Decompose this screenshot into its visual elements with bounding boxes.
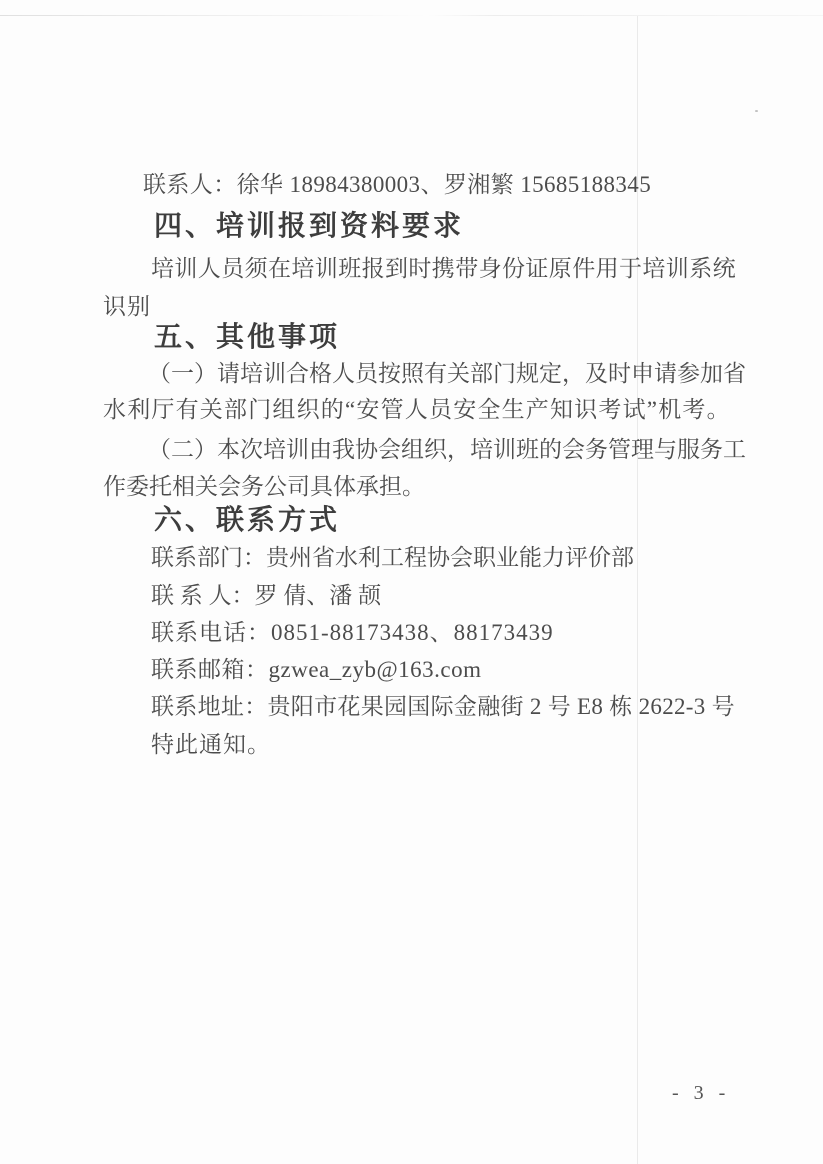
- section4-body-line2: 识别: [103, 294, 151, 320]
- section5-item2-line1: （二）本次培训由我协会组织，培训班的会务管理与服务工: [148, 437, 746, 463]
- section6-heading: 六、联系方式: [154, 506, 340, 534]
- section5-heading: 五、其他事项: [154, 323, 340, 351]
- contact-phone-line: 联系电话：0851-88173438、88173439: [151, 620, 554, 646]
- contact-email-line: 联系邮箱：gzwea_zyb@163.com: [151, 657, 481, 683]
- closing-line: 特此通知。: [151, 732, 271, 758]
- contact-intro-line: 联系人：徐华 18984380003、罗湘繁 15685188345: [143, 172, 651, 198]
- scanned-document-page: 联系人：徐华 18984380003、罗湘繁 15685188345 四、培训报…: [0, 0, 823, 1164]
- section4-body-line1: 培训人员须在培训班报到时携带身份证原件用于培训系统: [151, 256, 736, 282]
- section4-heading: 四、培训报到资料要求: [154, 212, 464, 240]
- page-number: - 3 -: [672, 1082, 730, 1105]
- section5-item1-line2: 水利厅有关部门组织的“安管人员安全生产知识考试”机考。: [103, 397, 731, 423]
- contact-address-line: 联系地址：贵阳市花果园国际金融街 2 号 E8 栋 2622-3 号: [151, 694, 735, 720]
- scan-speck: [755, 110, 758, 112]
- section5-item2-line2: 作委托相关会务公司具体承担。: [103, 474, 425, 500]
- contact-persons-line: 联 系 人：罗 倩、潘 颉: [151, 583, 381, 609]
- scan-artifact-horizontal-line: [0, 15, 823, 16]
- contact-department-line: 联系部门：贵州省水利工程协会职业能力评价部: [151, 545, 634, 571]
- section5-item1-line1: （一）请培训合格人员按照有关部门规定，及时申请参加省: [148, 361, 746, 387]
